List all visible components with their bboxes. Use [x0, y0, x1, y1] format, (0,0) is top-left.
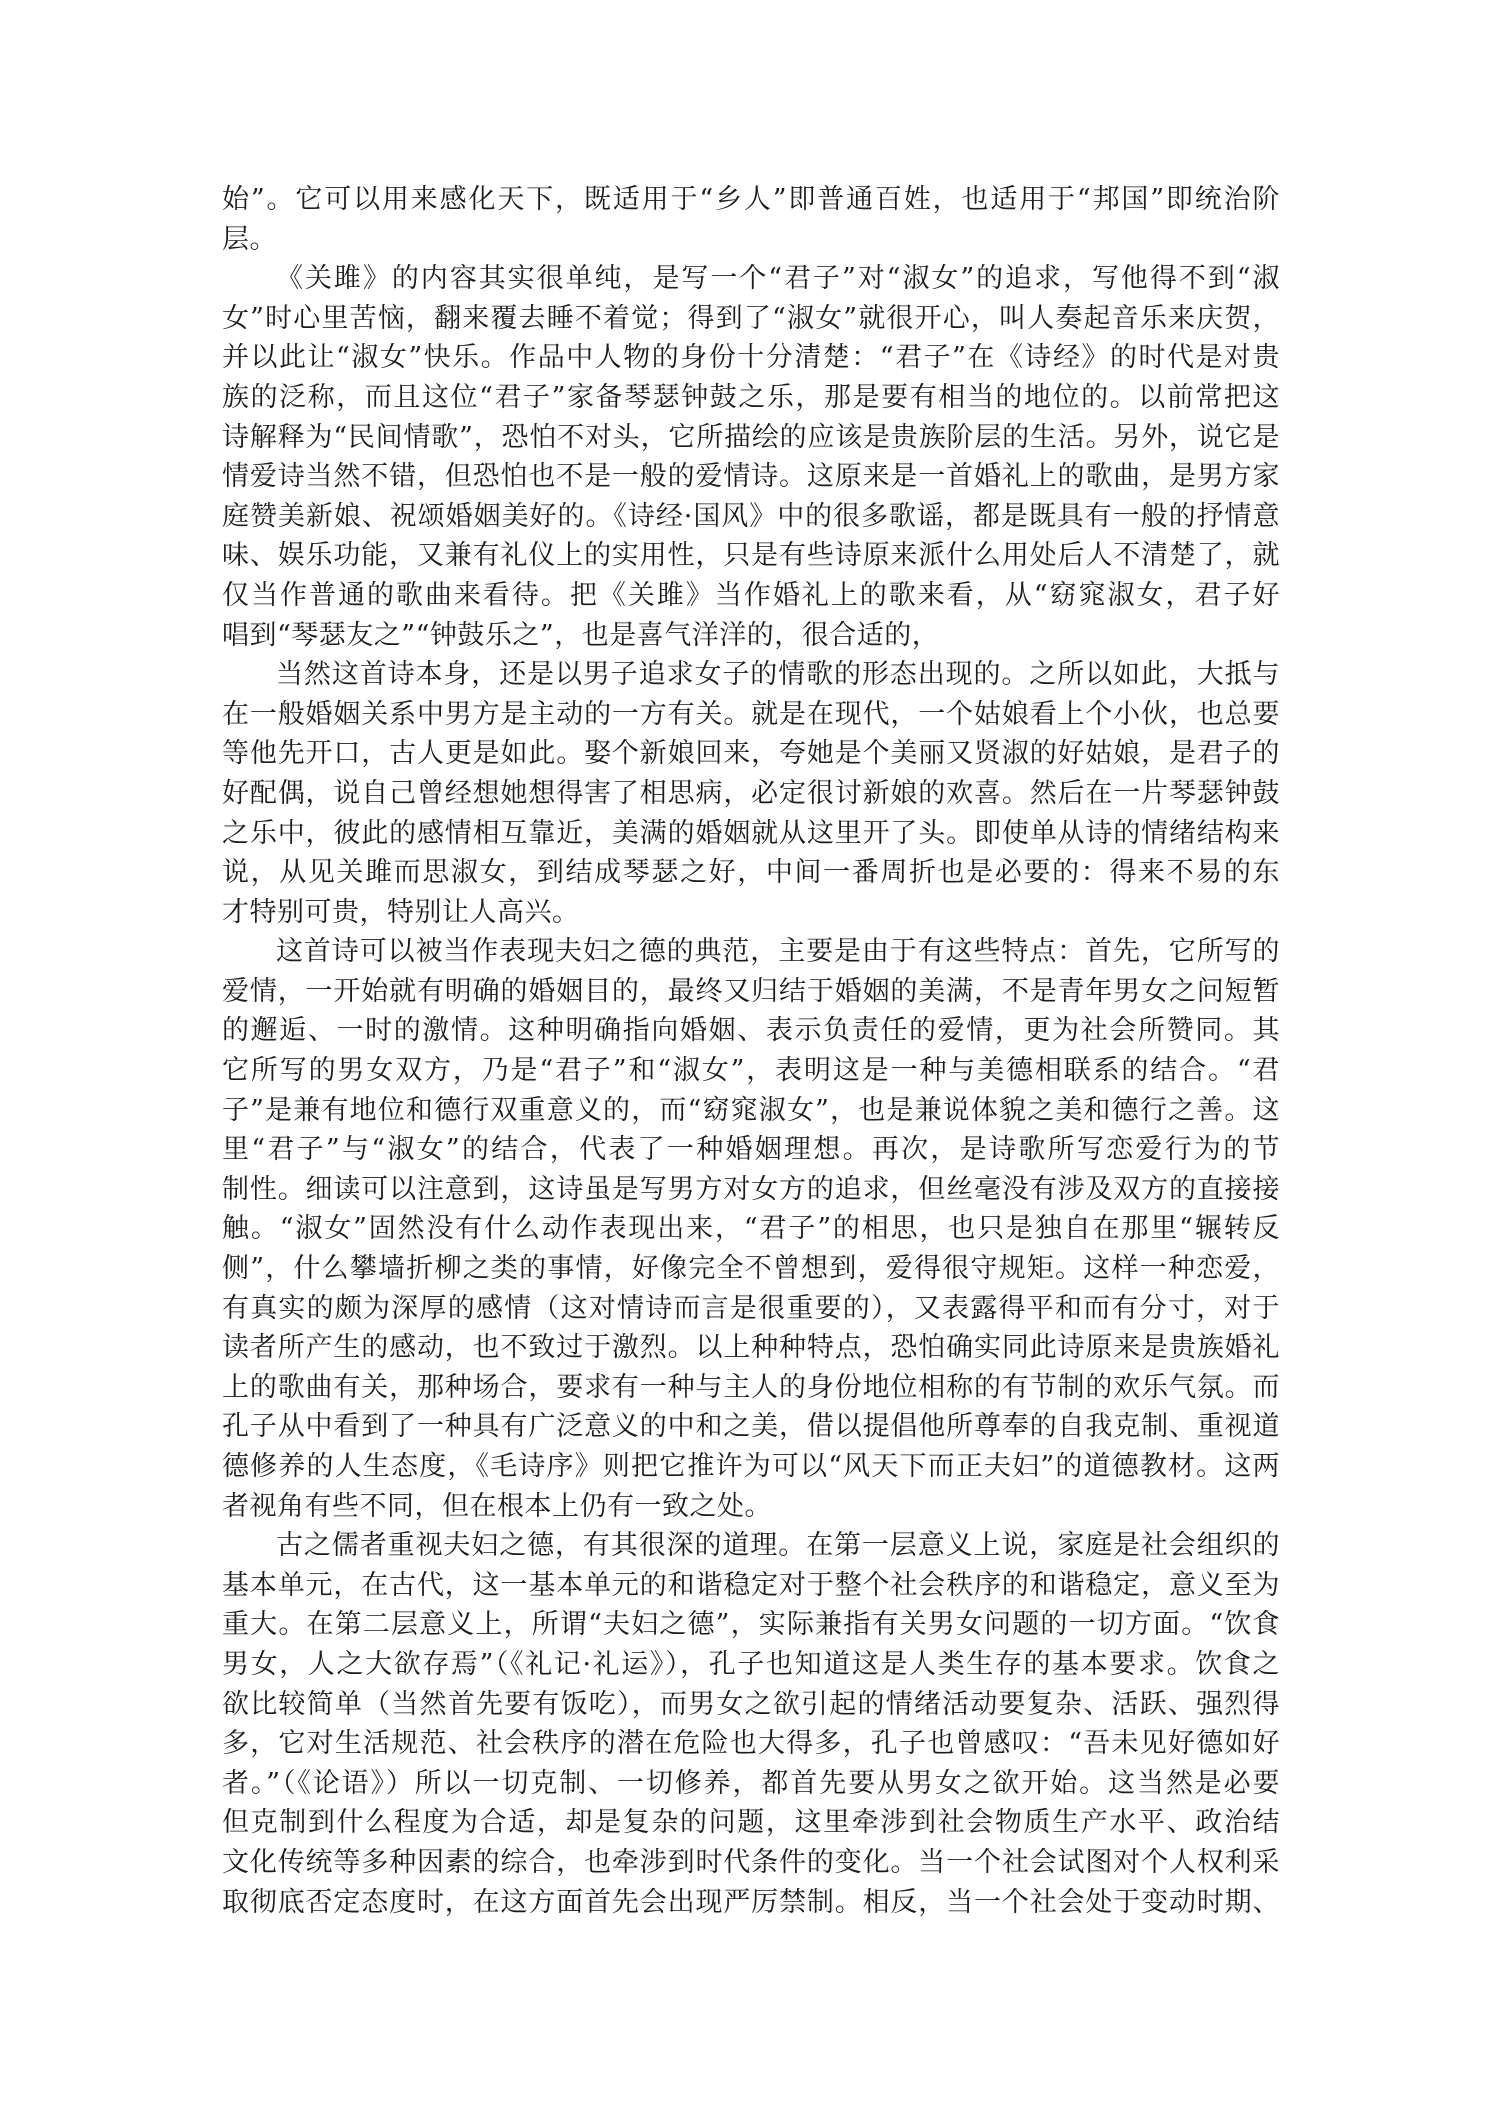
- text-line: 触。“淑女”固然没有什么动作表现出来，“君子”的相思，也只是独自在那里“辗转反: [222, 1209, 1280, 1249]
- text-line: 始”。它可以用来感化天下，既适用于“乡人”即普通百姓，也适用于“邦国”即统治阶: [222, 180, 1280, 220]
- text-line: 爱情，一开始就有明确的婚姻目的，最终又归结于婚姻的美满，不是青年男女之问短暂: [222, 972, 1280, 1012]
- paragraph: 当然这首诗本身，还是以男子追求女子的情歌的形态出现的。之所以如此，大抵与在一般婚…: [222, 655, 1280, 932]
- text-line: 味、娱乐功能，又兼有礼仪上的实用性，只是有些诗原来派什么用处后人不清楚了，就: [222, 536, 1280, 576]
- text-line: 当然这首诗本身，还是以男子追求女子的情歌的形态出现的。之所以如此，大抵与: [222, 655, 1280, 695]
- text-line: 者。”（《论语》）所以一切克制、一切修养，都首先要从男女之欲开始。这当然是必要的…: [222, 1764, 1280, 1804]
- text-line: 多，它对生活规范、社会秩序的潜在危险也大得多，孔子也曾感叹：“吾未见好德如好色: [222, 1724, 1280, 1764]
- text-line: 古之儒者重视夫妇之德，有其很深的道理。在第一层意义上说，家庭是社会组织的: [222, 1526, 1280, 1566]
- text-line: 情爱诗当然不错，但恐怕也不是一般的爱情诗。这原来是一首婚礼上的歌曲，是男方家: [222, 457, 1280, 497]
- text-line: 之乐中，彼此的感情相互靠近，美满的婚姻就从这里开了头。即使单从诗的情绪结构来: [222, 814, 1280, 854]
- paragraph: 始”。它可以用来感化天下，既适用于“乡人”即普通百姓，也适用于“邦国”即统治阶层…: [222, 180, 1280, 259]
- text-line: 它所写的男女双方，乃是“君子”和“淑女”，表明这是一种与美德相联系的结合。“君: [222, 1051, 1280, 1091]
- text-line: 仅当作普通的歌曲来看待。把《关雎》当作婚礼上的歌来看，从“窈窕淑女，君子好逑”，: [222, 576, 1280, 616]
- text-line: 说，从见关雎而思淑女，到结成琴瑟之好，中间一番周折也是必要的：得来不易的东西，: [222, 853, 1280, 893]
- text-line: 欲比较简单（当然首先要有饭吃），而男女之欲引起的情绪活动要复杂、活跃、强烈得: [222, 1685, 1280, 1725]
- paragraph: 《关雎》的内容其实很单纯，是写一个“君子”对“淑女”的追求，写他得不到“淑女”时…: [222, 259, 1280, 655]
- text-line: 这首诗可以被当作表现夫妇之德的典范，主要是由于有这些特点：首先，它所写的: [222, 932, 1280, 972]
- text-line: 唱到“琴瑟友之”“钟鼓乐之”，也是喜气洋洋的，很合适的，: [222, 616, 1280, 656]
- text-line: 在一般婚姻关系中男方是主动的一方有关。就是在现代，一个姑娘看上个小伙，也总要: [222, 695, 1280, 735]
- text-line: 好配偶，说自己曾经想她想得害了相思病，必定很讨新娘的欢喜。然后在一片琴瑟钟鼓: [222, 774, 1280, 814]
- text-line: 制性。细读可以注意到，这诗虽是写男方对女方的追求，但丝毫没有涉及双方的直接接: [222, 1170, 1280, 1210]
- text-line: 男女，人之大欲存焉”（《礼记·礼运》），孔子也知道这是人类生存的基本要求。饮食之: [222, 1645, 1280, 1685]
- text-line: 并以此让“淑女”快乐。作品中人物的身份十分清楚：“君子”在《诗经》的时代是对贵: [222, 338, 1280, 378]
- document-page: 始”。它可以用来感化天下，既适用于“乡人”即普通百姓，也适用于“邦国”即统治阶层…: [0, 0, 1499, 2120]
- text-line: 庭赞美新娘、祝颂婚姻美好的。《诗经·国风》中的很多歌谣，都是既具有一般的抒情意: [222, 497, 1280, 537]
- text-line: 读者所产生的感动，也不致过于激烈。以上种种特点，恐怕确实同此诗原来是贵族婚礼: [222, 1328, 1280, 1368]
- text-line: 的邂逅、一时的激情。这种明确指向婚姻、表示负责任的爱情，更为社会所赞同。其次，: [222, 1011, 1280, 1051]
- paragraph: 这首诗可以被当作表现夫妇之德的典范，主要是由于有这些特点：首先，它所写的爱情，一…: [222, 932, 1280, 1526]
- text-line: 孔子从中看到了一种具有广泛意义的中和之美，借以提倡他所尊奉的自我克制、重视道: [222, 1407, 1280, 1447]
- text-line: 族的泛称，而且这位“君子”家备琴瑟钟鼓之乐，那是要有相当的地位的。以前常把这: [222, 378, 1280, 418]
- text-line: 德修养的人生态度，《毛诗序》则把它推许为可以“风天下而正夫妇”的道德教材。这两: [222, 1447, 1280, 1487]
- text-line: 等他先开口，古人更是如此。娶个新娘回来，夸她是个美丽又贤淑的好姑娘，是君子的: [222, 734, 1280, 774]
- text-line: 女”时心里苦恼，翻来覆去睡不着觉；得到了“淑女”就很开心，叫人奏起音乐来庆贺，: [222, 299, 1280, 339]
- body-text: 始”。它可以用来感化天下，既适用于“乡人”即普通百姓，也适用于“邦国”即统治阶层…: [222, 180, 1280, 1922]
- text-line: 基本单元，在古代，这一基本单元的和谐稳定对于整个社会秩序的和谐稳定，意义至为: [222, 1566, 1280, 1606]
- text-line: 侧”，什么攀墙折柳之类的事情，好像完全不曾想到，爱得很守规矩。这样一种恋爱，既: [222, 1249, 1280, 1289]
- text-line: 文化传统等多种因素的综合，也牵涉到时代条件的变化。当一个社会试图对个人权利采: [222, 1843, 1280, 1883]
- text-line: 层。: [222, 220, 1280, 260]
- text-line: 子”是兼有地位和德行双重意义的，而“窈窕淑女”，也是兼说体貌之美和德行之善。这: [222, 1091, 1280, 1131]
- text-line: 《关雎》的内容其实很单纯，是写一个“君子”对“淑女”的追求，写他得不到“淑: [222, 259, 1280, 299]
- text-line: 重大。在第二层意义上，所谓“夫妇之德”，实际兼指有关男女问题的一切方面。“饮食: [222, 1605, 1280, 1645]
- paragraph: 古之儒者重视夫妇之德，有其很深的道理。在第一层意义上说，家庭是社会组织的基本单元…: [222, 1526, 1280, 1922]
- text-line: 才特别可贵，特别让人高兴。: [222, 893, 1280, 933]
- text-line: 者视角有些不同，但在根本上仍有一致之处。: [222, 1487, 1280, 1527]
- text-line: 但克制到什么程度为合适，却是复杂的问题，这里牵涉到社会物质生产水平、政治结构、: [222, 1803, 1280, 1843]
- text-line: 取彻底否定态度时，在这方面首先会出现严厉禁制。相反，当一个社会处于变动时期、: [222, 1883, 1280, 1923]
- text-line: 有真实的颇为深厚的感情（这对情诗而言是很重要的），又表露得平和而有分寸，对于: [222, 1289, 1280, 1329]
- text-line: 里“君子”与“淑女”的结合，代表了一种婚姻理想。再次，是诗歌所写恋爱行为的节: [222, 1130, 1280, 1170]
- text-line: 诗解释为“民间情歌”，恐怕不对头，它所描绘的应该是贵族阶层的生活。另外，说它是: [222, 418, 1280, 458]
- text-line: 上的歌曲有关，那种场合，要求有一种与主人的身份地位相称的有节制的欢乐气氛。而: [222, 1368, 1280, 1408]
